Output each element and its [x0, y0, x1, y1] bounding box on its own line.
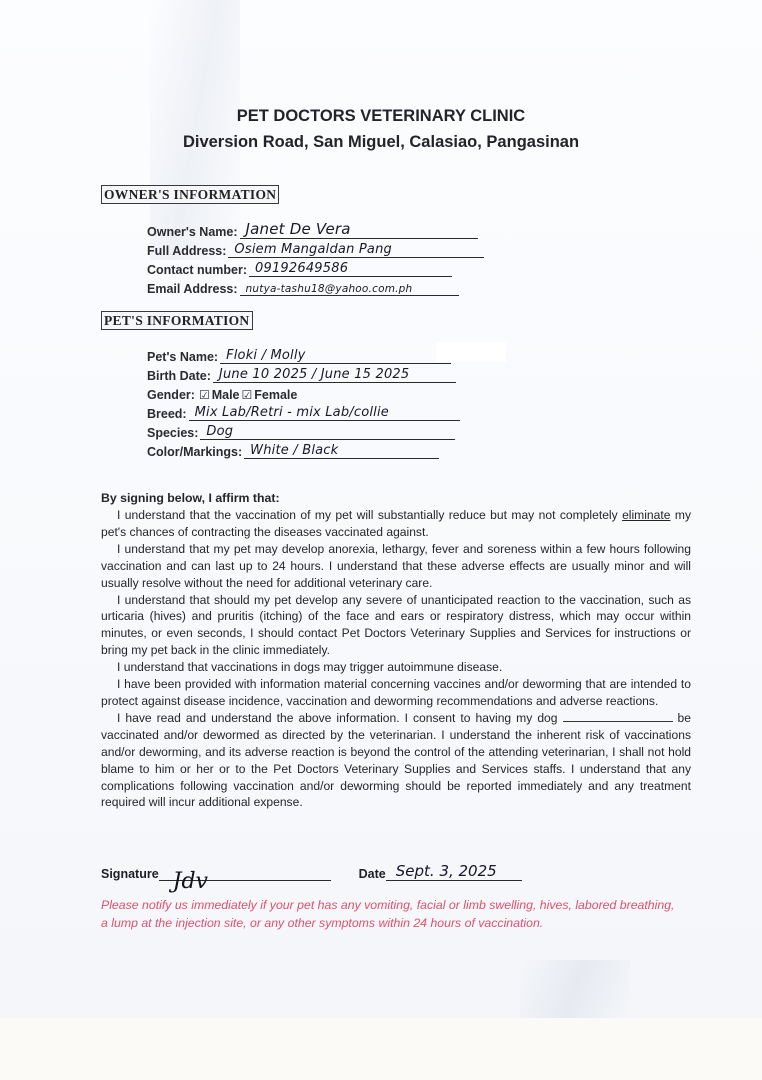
handwritten-value: Mix Lab/Retri - mix Lab/collie — [195, 405, 389, 420]
field-label: Gender: — [147, 388, 195, 402]
owner-name-input[interactable]: Janet De Vera — [240, 221, 478, 239]
consent-paragraph-3: I understand that should my pet develop … — [101, 592, 691, 660]
field-label: Breed: — [147, 407, 187, 421]
signature-row: Signature Jdv Date Sept. 3, 2025 — [101, 860, 522, 881]
color-markings-input[interactable]: White / Black — [244, 441, 439, 459]
paper-fold-shadow — [520, 960, 630, 1020]
signature-input[interactable]: Jdv — [159, 860, 331, 881]
field-label: Contact number: — [147, 263, 247, 277]
consent-text: I understand that the vaccination of my … — [101, 507, 691, 811]
consent-paragraph-1: I understand that the vaccination of my … — [101, 507, 691, 541]
handwritten-value: 09192649586 — [255, 261, 348, 276]
color-markings-field: Color/Markings: White / Black — [147, 441, 439, 459]
handwritten-value: Osiem Mangaldan Pang — [234, 242, 392, 257]
handwritten-value: Dog — [206, 424, 233, 439]
clinic-name: PET DOCTORS VETERINARY CLINIC — [0, 107, 762, 126]
field-label: Birth Date: — [147, 369, 211, 383]
email-input[interactable]: nutya-tashu18@yahoo.com.ph — [240, 278, 459, 296]
full-address-field: Full Address: Osiem Mangaldan Pang — [147, 240, 484, 258]
birth-date-input[interactable]: June 10 2025 / June 15 2025 — [213, 365, 456, 383]
gender-field: Gender: ☑ Male ☑ Female — [147, 384, 297, 402]
handwritten-value: Floki / Molly — [226, 348, 306, 363]
breed-input[interactable]: Mix Lab/Retri - mix Lab/collie — [189, 403, 460, 421]
consent-paragraph-4: I understand that vaccinations in dogs m… — [101, 659, 691, 676]
consent-paragraph-6: I have read and understand the above inf… — [101, 710, 691, 811]
field-label: Owner's Name: — [147, 225, 238, 239]
contact-number-input[interactable]: 09192649586 — [249, 259, 452, 277]
dog-name-blank[interactable] — [563, 711, 673, 722]
redaction-patch — [436, 342, 506, 362]
handwritten-signature: Jdv — [173, 869, 208, 894]
field-label: Pet's Name: — [147, 350, 218, 364]
pet-name-input[interactable]: Floki / Molly — [220, 346, 451, 364]
signature-label: Signature — [101, 867, 159, 881]
post-vaccination-notice: Please notify us immediately if your pet… — [101, 897, 681, 932]
male-checkbox[interactable]: ☑ — [199, 388, 210, 402]
field-label: Species: — [147, 426, 198, 440]
field-label: Color/Markings: — [147, 445, 242, 459]
owner-name-field: Owner's Name: Janet De Vera — [147, 221, 478, 239]
email-field: Email Address: nutya-tashu18@yahoo.com.p… — [147, 278, 459, 296]
field-label: Email Address: — [147, 282, 238, 296]
underlined-word: eliminate — [622, 508, 670, 522]
handwritten-date: Sept. 3, 2025 — [396, 862, 497, 880]
male-option-label: Male — [212, 388, 240, 402]
owner-section-title: OWNER'S INFORMATION — [101, 185, 279, 204]
handwritten-value: White / Black — [250, 443, 338, 458]
handwritten-value: Janet De Vera — [246, 220, 351, 238]
handwritten-value: nutya-tashu18@yahoo.com.ph — [246, 283, 413, 295]
date-input[interactable]: Sept. 3, 2025 — [386, 860, 522, 881]
species-field: Species: Dog — [147, 422, 455, 440]
date-label: Date — [359, 867, 386, 881]
pet-name-field: Pet's Name: Floki / Molly — [147, 346, 451, 364]
breed-field: Breed: Mix Lab/Retri - mix Lab/collie — [147, 403, 460, 421]
birth-date-field: Birth Date: June 10 2025 / June 15 2025 — [147, 365, 456, 383]
contact-number-field: Contact number: 09192649586 — [147, 259, 452, 277]
affirm-heading: By signing below, I affirm that: — [101, 491, 280, 505]
female-option-label: Female — [254, 388, 297, 402]
clinic-address: Diversion Road, San Miguel, Calasiao, Pa… — [0, 133, 762, 152]
consent-paragraph-2: I understand that my pet may develop ano… — [101, 541, 691, 592]
handwritten-value: June 10 2025 / June 15 2025 — [219, 367, 409, 382]
pet-section-title: PET'S INFORMATION — [101, 311, 253, 330]
scan-bottom-strip — [0, 1018, 762, 1080]
full-address-input[interactable]: Osiem Mangaldan Pang — [228, 240, 484, 258]
female-checkbox[interactable]: ☑ — [242, 388, 253, 402]
species-input[interactable]: Dog — [200, 422, 455, 440]
consent-paragraph-5: I have been provided with information ma… — [101, 676, 691, 710]
field-label: Full Address: — [147, 244, 226, 258]
